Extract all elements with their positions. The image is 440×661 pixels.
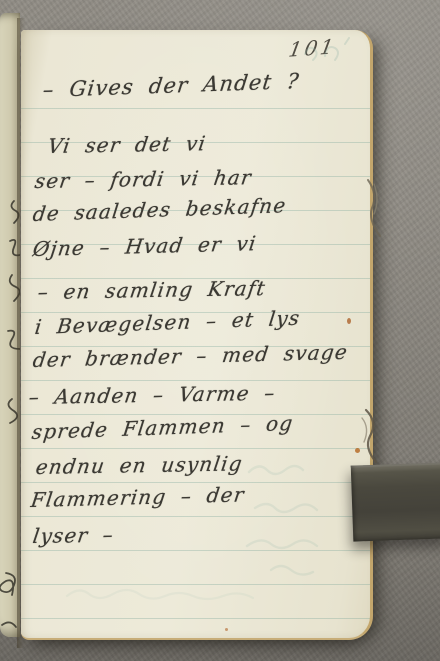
handwritten-line: ser – fordi vi har xyxy=(33,165,253,193)
handwritten-line: Vi ser det vi xyxy=(46,131,208,158)
handwriting: – Gives der Andet ?Vi ser det viser – fo… xyxy=(21,30,370,638)
handwritten-line: der brænder – med svage xyxy=(31,340,349,372)
handwritten-line: Øjne – Hvad er vi xyxy=(31,231,258,261)
handwritten-line: – Gives der Andet ? xyxy=(42,69,302,102)
handwritten-line: sprede Flammen – og xyxy=(31,411,295,444)
handwritten-line: i Bevægelsen – et lys xyxy=(34,306,302,339)
notebook-page: 101 – Gives der Andet ?Vi ser det viser xyxy=(21,30,373,640)
binding-thread xyxy=(362,178,384,238)
handwritten-line: endnu en usynlig xyxy=(34,451,244,479)
rust-spot xyxy=(225,628,228,631)
handwritten-line: de saaledes beskafne xyxy=(32,193,288,226)
rust-spot xyxy=(347,318,351,324)
notebook-photo: 101 – Gives der Andet ?Vi ser det viser xyxy=(0,0,440,661)
handwritten-line: – en samling Kraft xyxy=(36,276,267,304)
handwritten-line: lyser – xyxy=(31,523,115,548)
handwritten-line: – Aanden – Varme – xyxy=(27,381,277,409)
binding-thread xyxy=(358,408,382,466)
handwritten-line: Flammering – der xyxy=(29,482,246,512)
metal-clip xyxy=(351,462,440,541)
